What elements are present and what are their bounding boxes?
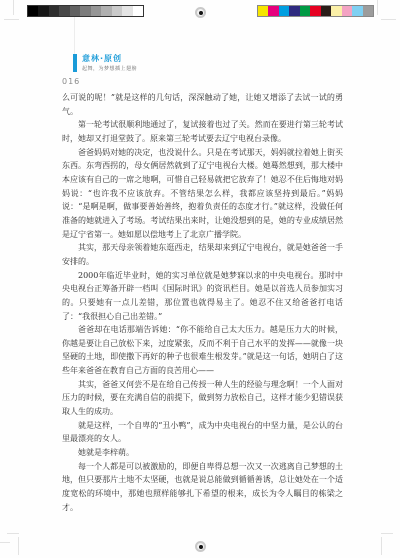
crop-mark-bottom-right-v <box>381 537 382 555</box>
color-swatch <box>310 6 320 16</box>
gray-swatch <box>91 6 101 16</box>
gray-swatch <box>59 6 69 16</box>
grayscale-calibration-bar <box>27 5 144 17</box>
color-swatch <box>289 6 299 16</box>
gray-swatch <box>133 6 143 16</box>
crop-mark-bottom-left-h2 <box>0 542 10 543</box>
section-header-text: 意林·原创 起舞，为梦想插上翅膀 <box>82 54 137 72</box>
section-subtitle: 起舞，为梦想插上翅膀 <box>82 65 137 72</box>
gray-swatch <box>122 6 132 16</box>
page-number: 016 <box>62 77 80 86</box>
registration-mark-bottom <box>195 541 206 552</box>
color-swatch <box>352 6 362 16</box>
color-swatch <box>268 6 278 16</box>
body-paragraph: 每一个人都是可以被激励的，即便自卑得总想一次又一次逃离自己梦想的土地，但只要那片… <box>62 460 343 515</box>
section-title: 意林·原创 <box>82 54 137 63</box>
body-paragraph: 2000年临近毕业时，她的实习单位就是她梦寐以求的中央电视台。那时中央电视台正筹… <box>62 269 343 324</box>
body-paragraph: 爸爸妈妈对她的决定，也没说什么。只是在考试那天，妈妈就拉着她上街买东西。东弯西拐… <box>62 146 343 242</box>
body-paragraph: 就是这样，一个自卑的“丑小鸭”，成为中央电视台的中坚力量，是公认的台里最漂亮的女… <box>62 419 343 446</box>
color-swatch <box>258 6 268 16</box>
color-calibration-bar <box>257 5 374 17</box>
gray-swatch <box>49 6 59 16</box>
color-swatch <box>279 6 289 16</box>
gray-swatch <box>38 6 48 16</box>
gray-swatch <box>101 6 111 16</box>
gray-swatch <box>28 6 38 16</box>
crop-mark-bottom-left-v <box>18 537 19 555</box>
body-paragraph: 第一轮考试很顺利地通过了，复试接着也过了关。然而在要进行第三轮考试时，她却又打退… <box>62 118 343 145</box>
color-swatch <box>342 6 352 16</box>
color-swatch <box>363 6 373 16</box>
section-header: 意林·原创 起舞，为梦想插上翅膀 <box>73 54 137 72</box>
crop-mark-top-right-h <box>381 19 396 20</box>
body-paragraph: 爸爸却在电话那端告诉她：“你不能给自己太大压力。越是压力大的时候，你越是要让自己… <box>62 323 343 378</box>
gray-swatch <box>70 6 80 16</box>
color-swatch <box>300 6 310 16</box>
body-paragraph: 其实，那天母亲领着她东逛西走，结果却来到辽宁电视台，就是她爸爸一手安排的。 <box>62 241 343 268</box>
magazine-page: 意林·原创 起舞，为梦想插上翅膀 016 么可说的呢！”就是这样的几句话，深深触… <box>0 0 400 558</box>
body-paragraph: 么可说的呢！”就是这样的几句话，深深触动了她，让她又增添了去试一试的勇气。 <box>62 91 343 118</box>
article-body: 么可说的呢！”就是这样的几句话，深深触动了她，让她又增添了去试一试的勇气。 第一… <box>62 91 343 514</box>
body-paragraph: 她就是李梓萌。 <box>62 446 343 460</box>
gray-swatch <box>112 6 122 16</box>
color-swatch <box>331 6 341 16</box>
crop-mark-bottom-left-h <box>7 533 19 534</box>
section-accent-bar <box>73 54 77 72</box>
crop-mark-top-left-h <box>4 19 19 20</box>
registration-mark-top <box>195 7 206 18</box>
gray-swatch <box>80 6 90 16</box>
color-swatch <box>321 6 331 16</box>
crop-mark-top-left-v <box>13 0 14 15</box>
crop-mark-bottom-right-h <box>381 533 393 534</box>
crop-mark-top-right-v <box>377 0 378 15</box>
fold-guide-line <box>74 17 75 54</box>
body-paragraph: 其实，爸爸又何尝不是在给自己传授一种人生的经验与理念啊！一个人面对压力的时候，要… <box>62 378 343 419</box>
